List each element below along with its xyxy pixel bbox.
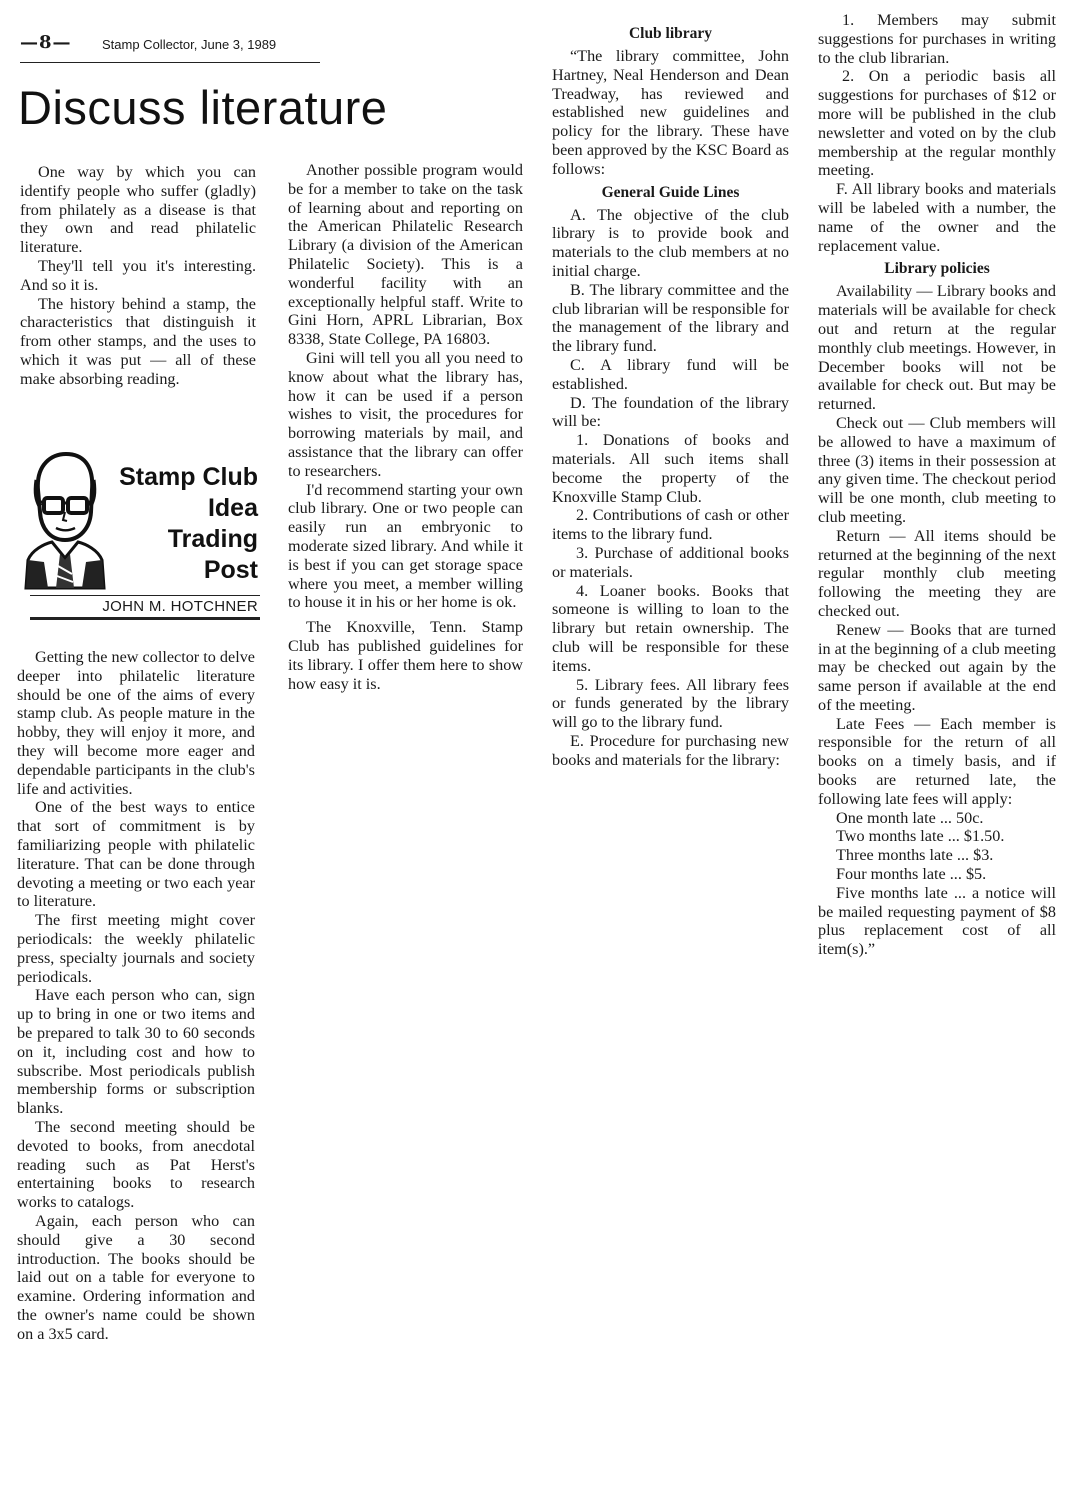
foundation-item: 4. Loaner books. Books that someone is w… (552, 582, 789, 676)
paragraph: I'd recommend starting your own club lib… (288, 481, 523, 613)
page-number: —8— (20, 32, 72, 53)
guideline-item: B. The library committee and the club li… (552, 281, 789, 356)
column-1-body: Getting the new collector to delve deepe… (17, 648, 255, 1343)
procedure-item: 1. Members may submit suggestions for pu… (818, 11, 1056, 67)
column-3: Club library “The library committee, Joh… (552, 20, 789, 769)
paragraph: Another possible program would be for a … (288, 161, 523, 349)
guideline-item: A. The objective of the club library is … (552, 206, 789, 281)
logo-rule-bottom (30, 617, 260, 620)
paragraph: The history behind a stamp, the characte… (20, 295, 256, 389)
logo-title-line: Stamp Club (119, 462, 258, 493)
newspaper-page: —8— Stamp Collector, June 3, 1989 Discus… (0, 0, 1077, 1503)
guideline-item: D. The foundation of the library will be… (552, 394, 789, 432)
late-fee-item: Three months late ... $3. (818, 846, 1056, 865)
foundation-item: 2. Contributions of cash or other items … (552, 506, 789, 544)
logo-title-line: Trading (119, 524, 258, 555)
article-headline: Discuss literature (18, 80, 387, 135)
policy-paragraph: Availability — Library books and materia… (818, 282, 1056, 414)
foundation-item: 1. Donations of books and materials. All… (552, 431, 789, 506)
column-logo: Stamp Club Idea Trading Post JOHN M. HOT… (20, 450, 260, 618)
foundation-item: 5. Library fees. All library fees or fun… (552, 676, 789, 732)
logo-rule-top (30, 595, 260, 596)
guideline-item: C. A library fund will be established. (552, 356, 789, 394)
column-4: 1. Members may submit suggestions for pu… (818, 11, 1056, 959)
column-logo-title: Stamp Club Idea Trading Post (119, 462, 258, 586)
foundation-item: 3. Purchase of additional books or mater… (552, 544, 789, 582)
guideline-item: E. Procedure for purchasing new books an… (552, 732, 789, 770)
guideline-item: F. All library books and materials will … (818, 180, 1056, 255)
column-2: Another possible program would be for a … (288, 161, 523, 693)
author-byline: JOHN M. HOTCHNER (102, 598, 258, 615)
paragraph: The second meeting should be devoted to … (17, 1118, 255, 1212)
policy-paragraph: Renew — Books that are turned in at the … (818, 621, 1056, 715)
late-fee-item: One month late ... 50c. (818, 809, 1056, 828)
subhead-general-guide-lines: General Guide Lines (552, 183, 789, 202)
paragraph: Again, each person who can should give a… (17, 1212, 255, 1344)
late-fee-item: Four months late ... $5. (818, 865, 1056, 884)
subhead-club-library: Club library (552, 24, 789, 43)
policy-paragraph: Late Fees — Each member is responsible f… (818, 715, 1056, 809)
page-folio: —8— Stamp Collector, June 3, 1989 (20, 32, 320, 63)
paragraph: The Knoxville, Tenn. Stamp Club has publ… (288, 618, 523, 693)
column-1-intro: One way by which you can identify people… (20, 163, 256, 389)
paragraph: “The library committee, John Hartney, Ne… (552, 47, 789, 179)
late-fee-final: Five months late ... a notice will be ma… (818, 884, 1056, 959)
policy-paragraph: Return — All items should be returned at… (818, 527, 1056, 621)
publication-dateline: Stamp Collector, June 3, 1989 (102, 37, 276, 52)
late-fee-item: Two months late ... $1.50. (818, 827, 1056, 846)
paragraph: Have each person who can, sign up to bri… (17, 986, 255, 1118)
logo-title-line: Post (119, 555, 258, 586)
subhead-library-policies: Library policies (818, 259, 1056, 278)
paragraph: One of the best ways to entice that sort… (17, 798, 255, 911)
author-portrait-icon (22, 450, 108, 590)
procedure-item: 2. On a periodic basis all suggestions f… (818, 67, 1056, 180)
paragraph: They'll tell you it's interesting. And s… (20, 257, 256, 295)
paragraph: Getting the new collector to delve deepe… (17, 648, 255, 798)
logo-title-line: Idea (119, 493, 258, 524)
paragraph: The first meeting might cover periodical… (17, 911, 255, 986)
paragraph: One way by which you can identify people… (20, 163, 256, 257)
paragraph: Gini will tell you all you need to know … (288, 349, 523, 481)
policy-paragraph: Check out — Club members will be allowed… (818, 414, 1056, 527)
